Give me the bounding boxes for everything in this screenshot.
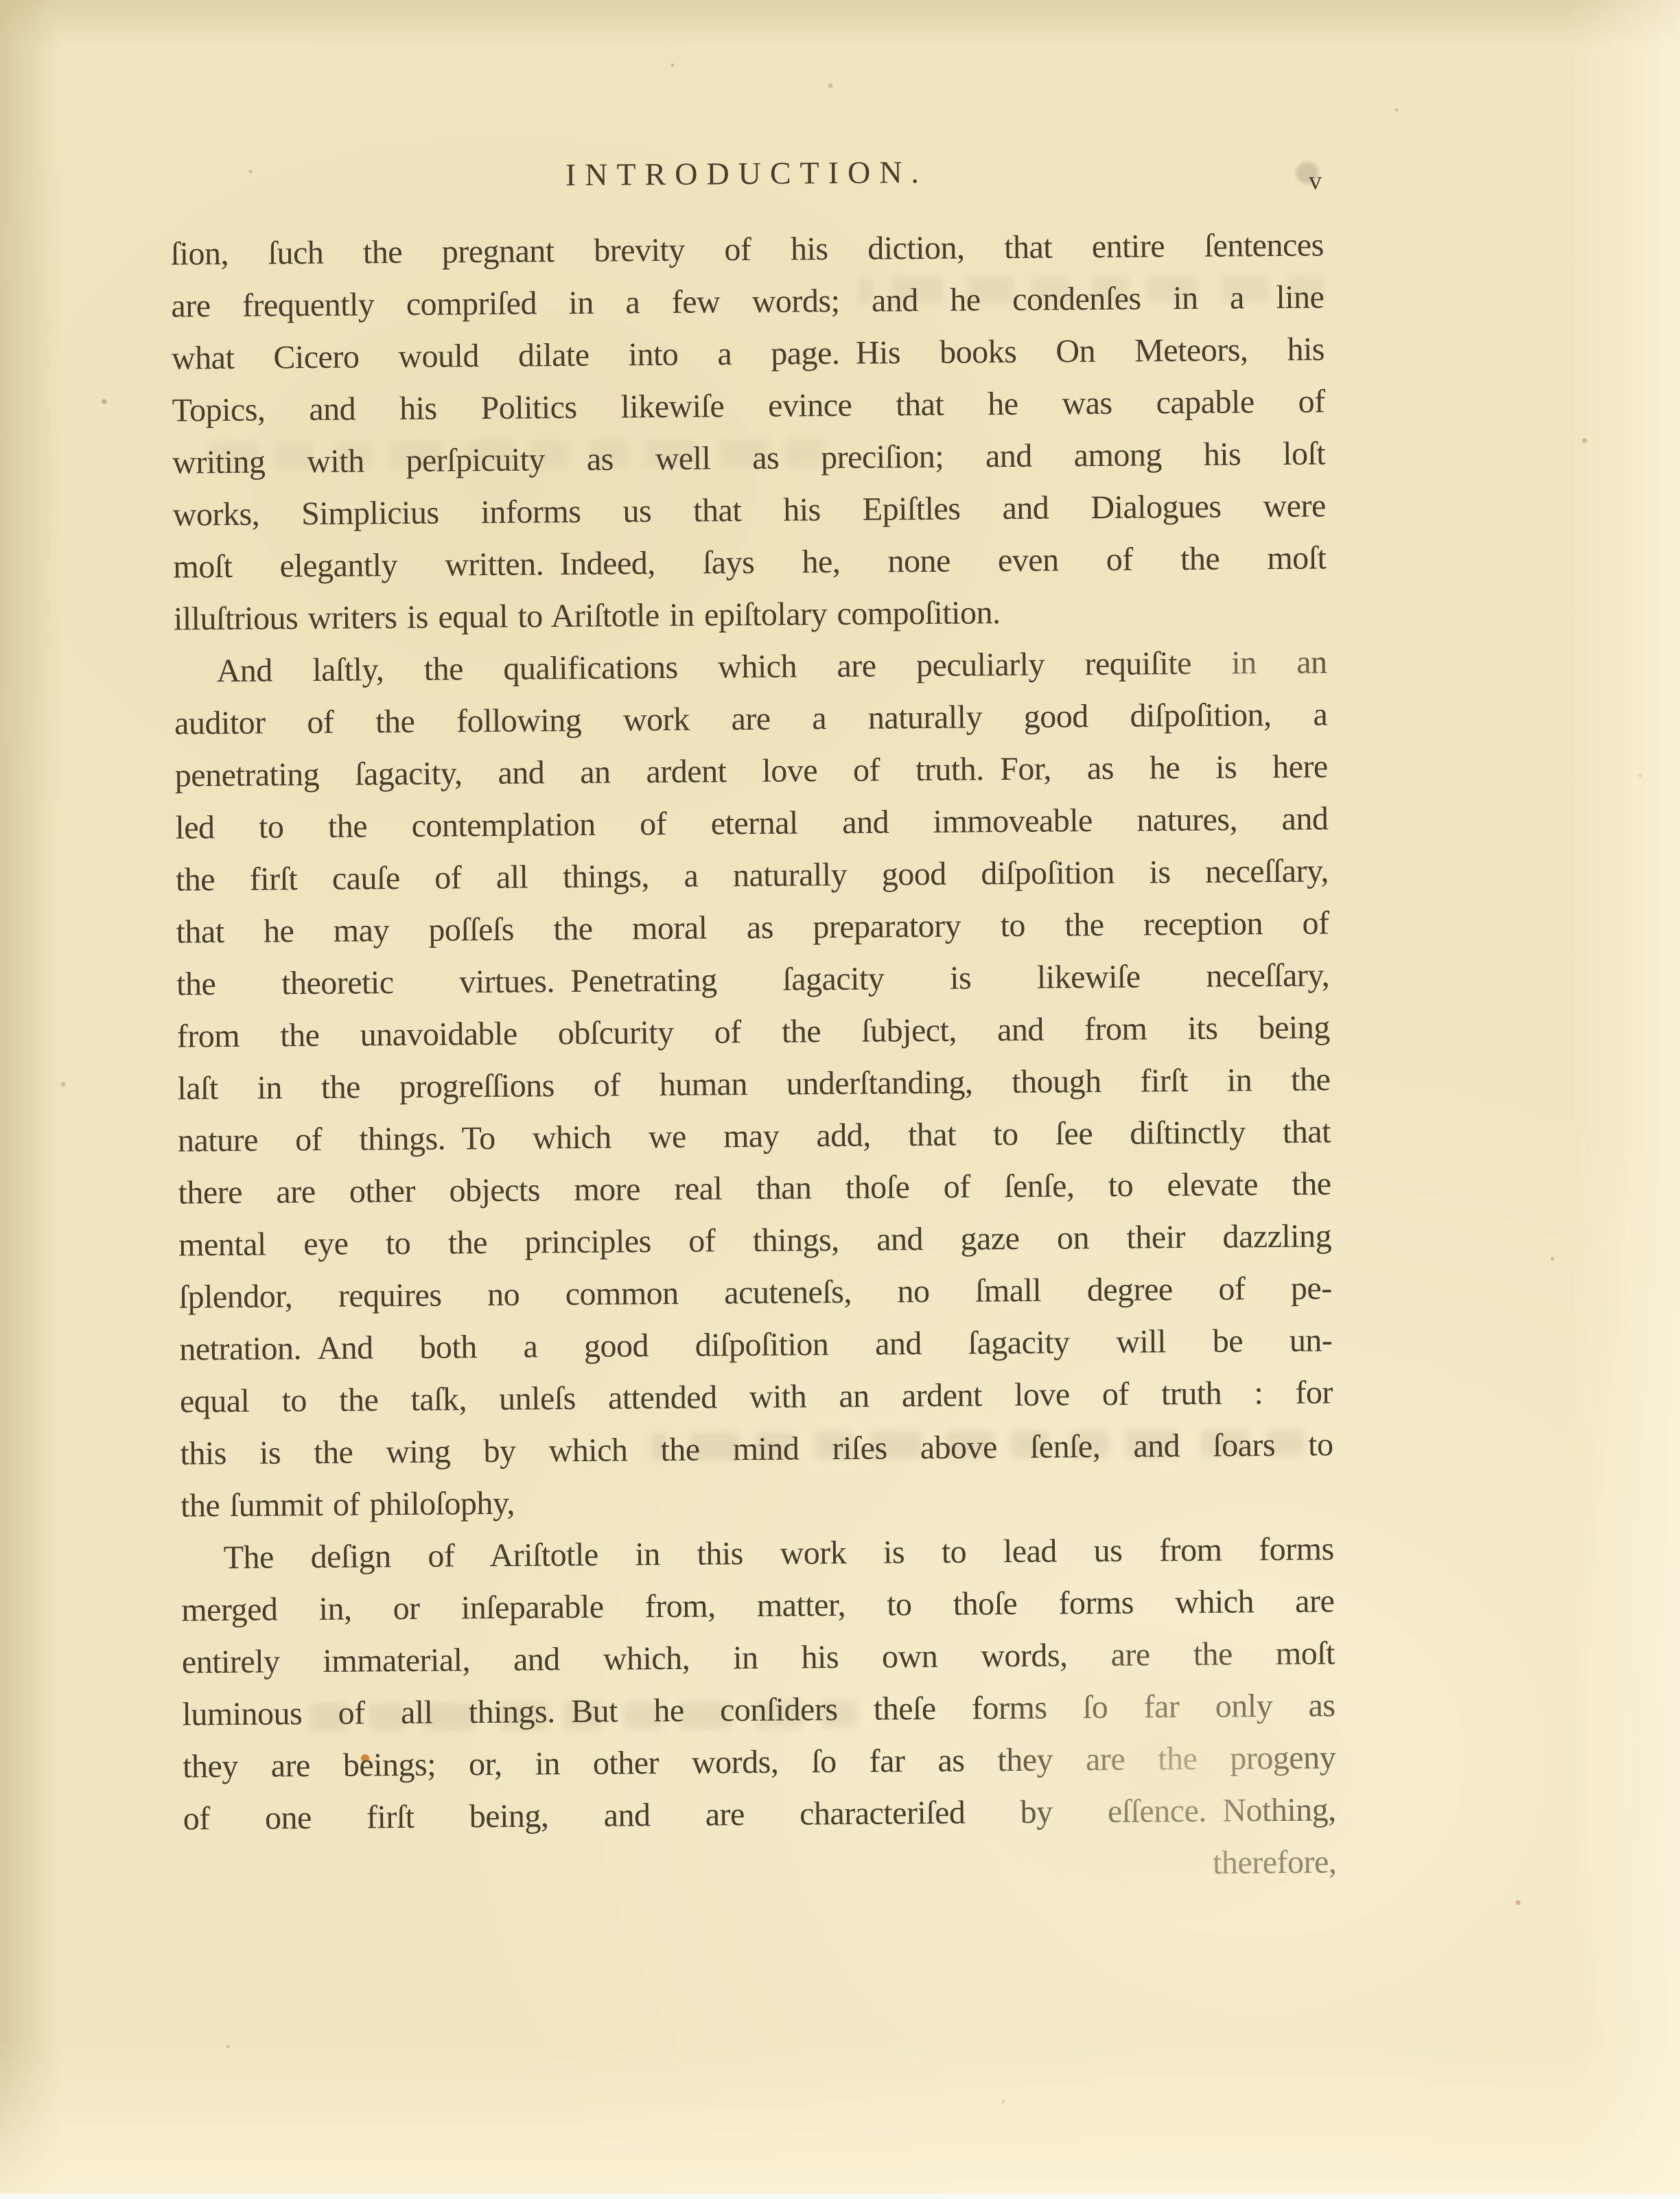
text-line: ſplendor, requires no common acuteneſs, … [178,1262,1332,1323]
text-line: merged in, or inſeparable from, matter, … [181,1575,1335,1636]
text-line: illuſtrious writers is equal to Ariſtotl… [174,584,1327,645]
text-line: nature of things. To which we may add, t… [178,1106,1331,1167]
scan-edge-top [0,0,1680,48]
text-line: they are beings; or, in other words, ſo … [183,1732,1336,1793]
text-line: The deſign of Ariſtotle in this work is … [180,1523,1334,1584]
text-line: from the unavoidable obſcurity of the ſu… [176,1001,1330,1062]
text-line: auditor of the following work are a natu… [174,688,1328,749]
text-line: the theoretic virtues. Penetrating ſagac… [176,949,1330,1010]
scan-strip-bottom [0,2194,1680,2199]
catchword: therefore, [183,1836,1337,1897]
scan-edge-bottom [0,2043,1680,2194]
text-line: laſt in the progreſſions of human underſ… [177,1054,1331,1115]
text-line: the firſt cauſe of all things, a natural… [176,845,1329,906]
text-line: what Cicero would dilate into a page. Hi… [172,323,1325,384]
text-line: led to the contemplation of eternal and … [175,793,1329,854]
running-head-title: INTRODUCTION. [565,154,928,192]
running-head: INTRODUCTION. [170,150,1323,196]
scan-edge-left [0,0,62,2199]
book-page: INTRODUCTION. v ſion, ſuch the pregnant … [0,0,1680,2199]
page-number: v [1309,165,1322,196]
text-line: the ſummit of philoſophy, [180,1471,1334,1532]
text-line: this is the wing by which the mind riſes… [180,1419,1333,1480]
text-line: equal to the taſk, unleſs attended with … [180,1366,1333,1428]
text-line: entirely immaterial, and which, in his o… [182,1627,1335,1688]
body-text: ſion, ſuch the pregnant brevity of his d… [171,219,1337,1897]
text-line: penetrating ſagacity, and an ardent love… [174,741,1328,802]
text-line: mental eye to the principles of things, … [178,1210,1332,1271]
text-line: Topics, and his Politics likewiſe evince… [172,375,1325,437]
text-line: are frequently compriſed in a few words;… [171,271,1325,332]
text-line: writing with perſpicuity as well as prec… [172,428,1326,489]
text-line: luminous of all things. But he conſiders… [182,1679,1335,1741]
scan-edge-right [1570,0,1680,2199]
text-line: And laſtly, the qualifications which are… [174,636,1327,697]
text-line: netration. And both a good diſpoſition a… [179,1314,1333,1375]
text-line: that he may poſſeſs the moral as prepara… [176,897,1329,958]
text-line: works, Simplicius informs us that his Ep… [173,480,1327,541]
text-line: of one firſt being, and are characteriſe… [183,1784,1336,1845]
page-content: INTRODUCTION. v ſion, ſuch the pregnant … [169,0,1339,2199]
text-line: ſion, ſuch the pregnant brevity of his d… [171,219,1325,280]
text-line: moſt elegantly written. Indeed, ſays he,… [173,532,1327,593]
text-line: there are other objects more real than t… [178,1158,1331,1219]
